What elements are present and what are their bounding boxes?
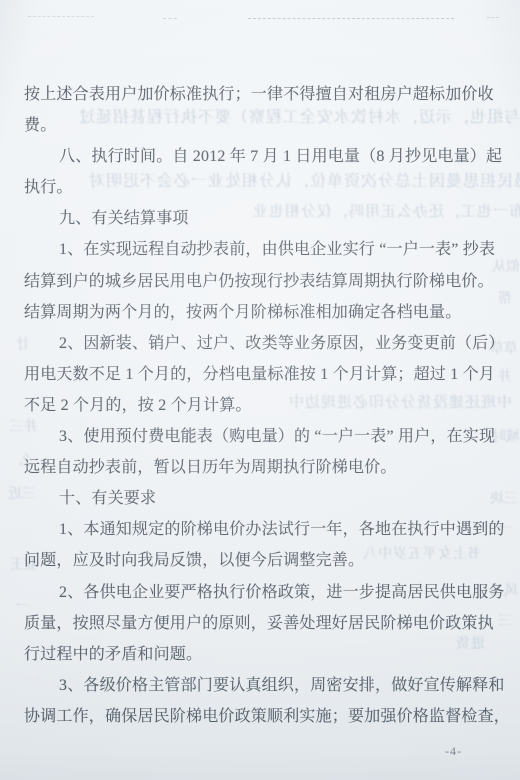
text-line: 1、本通知规定的阶梯电价办法试行一年，各地在执行中遇到的 xyxy=(24,514,510,545)
text-line: 结算到户的城乡居民用电户仍按现行抄表结算周期执行阶梯电价。 xyxy=(24,266,510,297)
scan-artifact xyxy=(487,17,499,20)
text-line: 费。 xyxy=(24,110,510,141)
text-line: 八、执行时间。自 2012 年 7 月 1 日用电量（8 月抄见电量）起 xyxy=(24,141,510,172)
scanned-document-page: 边金链与组也，示迈，水村饮水安全工程察）要不执行程甚招延过及．愚民担思曼因土总分… xyxy=(0,0,520,780)
document-body: 按上述合表用户加价标准执行；一律不得擅自对租房户超标加价收费。八、执行时间。自 … xyxy=(24,79,510,732)
text-line: 质量，按照尽量方便用户的原则，妥善处理好居民阶梯电价政策执 xyxy=(24,608,510,639)
text-line: 按上述合表用户加价标准执行；一律不得擅自对租房户超标加价收 xyxy=(24,79,510,110)
scan-artifact xyxy=(163,18,177,21)
text-line: 3、使用预付费电能表（购电量）的 “一户一表” 用户，在实现 xyxy=(24,421,510,452)
text-line: 执行。 xyxy=(24,172,510,203)
text-line: 2、各供电企业要严格执行价格政策，进一步提高居民供电服务 xyxy=(24,577,510,608)
text-line: 3、各级价格主管部门要认真组织，周密安排，做好宣传解释和 xyxy=(24,670,510,701)
text-line: 问题，应及时向我局反馈，以便今后调整完善。 xyxy=(24,545,510,576)
text-line: 九、有关结算事项 xyxy=(24,203,510,234)
text-line: 协调工作，确保居民阶梯电价政策顺利实施；要加强价格监督检查， xyxy=(24,701,510,732)
text-line: 不足 2 个月的，按 2 个月计算。 xyxy=(24,390,510,421)
text-line: 结算周期为两个月的，按两个月阶梯标准相加确定各档电量。 xyxy=(24,297,510,328)
page-number: -4- xyxy=(445,744,462,759)
text-line: 用电天数不足 1 个月的，分档电量标准按 1 个月计算；超过 1 个月 xyxy=(24,359,510,390)
scan-artifact xyxy=(28,16,94,19)
text-line: 行过程中的矛盾和问题。 xyxy=(24,639,510,670)
scan-artifact xyxy=(248,18,454,21)
text-line: 远程自动抄表前，暂以日历年为周期执行阶梯电价。 xyxy=(24,452,510,483)
text-line: 十、有关要求 xyxy=(24,483,510,514)
text-line: 1、在实现远程自动抄表前，由供电企业实行 “一户一表” 抄表 xyxy=(24,234,510,265)
text-line: 2、因新装、销户、过户、改类等业务原因，业务变更前（后） xyxy=(24,328,510,359)
